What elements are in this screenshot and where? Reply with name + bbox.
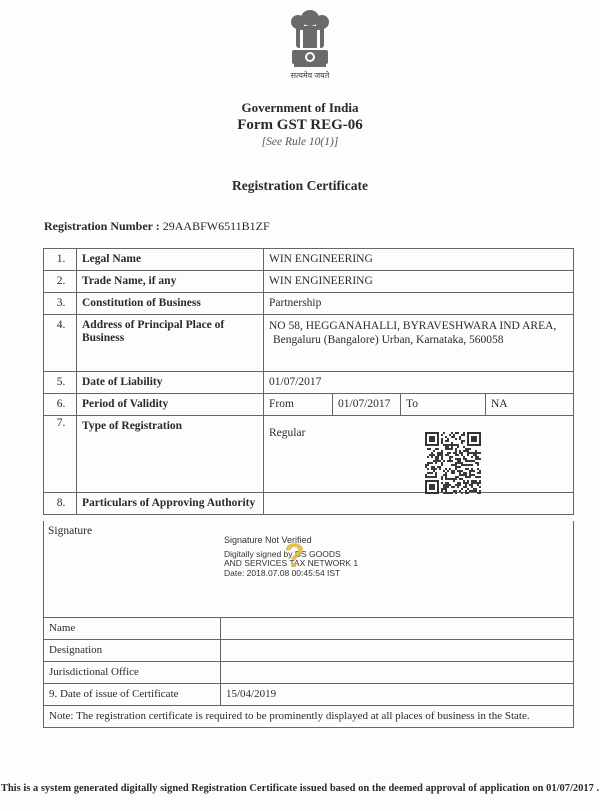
liability-date-value: 01/07/2017 — [264, 372, 574, 394]
row-label: Legal Name — [77, 249, 264, 271]
jurisdictional-office-label: Jurisdictional Office — [44, 662, 221, 684]
validity-from-label: From — [264, 394, 333, 416]
registration-number: Registration Number : 29AABFW6511B1ZF — [44, 219, 270, 234]
legal-name-value: WIN ENGINEERING — [264, 249, 574, 271]
authority-name-value — [221, 618, 574, 640]
row-label: Type of Registration — [77, 416, 264, 493]
address-line-2: Bengaluru (Bangalore) Urban, Karnataka, … — [269, 333, 568, 347]
row-label: Trade Name, if any — [77, 271, 264, 293]
signature-section: Signature Signature Not Verified Digital… — [43, 521, 574, 618]
table-row: 2. Trade Name, if any WIN ENGINEERING — [44, 271, 574, 293]
table-row: Designation — [44, 640, 574, 662]
jurisdictional-office-value — [221, 662, 574, 684]
form-title: Form GST REG-06 — [0, 117, 600, 134]
constitution-value: Partnership — [264, 293, 574, 315]
row-number: 2. — [44, 271, 77, 293]
row-label: Period of Validity — [77, 394, 264, 416]
issue-date-label: 9. Date of issue of Certificate — [44, 684, 221, 706]
row-number: 3. — [44, 293, 77, 315]
rule-reference: [See Rule 10(1)] — [0, 136, 600, 148]
emblem-motto: सत्यमेव जयते — [270, 70, 350, 81]
table-row: 7. Type of Registration Regular — [44, 416, 574, 493]
issuer-heading: Government of India — [0, 100, 600, 116]
authority-name-label: Name — [44, 618, 221, 640]
table-row: 5. Date of Liability 01/07/2017 — [44, 372, 574, 394]
row-number: 5. — [44, 372, 77, 394]
issue-date-value: 15/04/2019 — [221, 684, 574, 706]
row-label: Address of Principal Place of Business — [77, 315, 264, 372]
display-note: Note: The registration certificate is re… — [44, 706, 574, 728]
address-value: NO 58, HEGGANAHALLI, BYRAVESHWARA IND AR… — [264, 315, 574, 372]
registration-number-label: Registration Number : — [44, 219, 160, 233]
row-number: 1. — [44, 249, 77, 271]
question-mark-icon: ? — [284, 537, 305, 576]
qr-code-icon — [425, 432, 481, 494]
signature-label: Signature — [48, 525, 92, 537]
registration-type-value: Regular — [264, 416, 574, 493]
validity-to-value: NA — [486, 394, 574, 416]
row-number: 4. — [44, 315, 77, 372]
table-row: Jurisdictional Office — [44, 662, 574, 684]
table-row: 9. Date of issue of Certificate 15/04/20… — [44, 684, 574, 706]
row-label: Date of Liability — [77, 372, 264, 394]
validity-from-value: 01/07/2017 — [333, 394, 401, 416]
trade-name-value: WIN ENGINEERING — [264, 271, 574, 293]
authority-table: Name Designation Jurisdictional Office 9… — [43, 617, 574, 728]
designation-value — [221, 640, 574, 662]
table-row: 3. Constitution of Business Partnership — [44, 293, 574, 315]
certificate-details-table: 1. Legal Name WIN ENGINEERING 2. Trade N… — [43, 248, 574, 515]
table-row: 8. Particulars of Approving Authority — [44, 493, 574, 515]
table-row: 4. Address of Principal Place of Busines… — [44, 315, 574, 372]
table-row: 6. Period of Validity From 01/07/2017 To… — [44, 394, 574, 416]
footer-statement: This is a system generated digitally sig… — [0, 783, 600, 794]
certificate-title: Registration Certificate — [0, 178, 600, 194]
table-row: 1. Legal Name WIN ENGINEERING — [44, 249, 574, 271]
designation-label: Designation — [44, 640, 221, 662]
row-number: 7. — [44, 416, 77, 493]
row-number: 8. — [44, 493, 77, 515]
validity-to-label: To — [401, 394, 486, 416]
approving-authority-value — [264, 493, 574, 515]
table-row: Name — [44, 618, 574, 640]
table-row: Note: The registration certificate is re… — [44, 706, 574, 728]
row-number: 6. — [44, 394, 77, 416]
address-line-1: NO 58, HEGGANAHALLI, BYRAVESHWARA IND AR… — [269, 319, 568, 333]
row-label: Constitution of Business — [77, 293, 264, 315]
row-label: Particulars of Approving Authority — [77, 493, 264, 515]
registration-number-value: 29AABFW6511B1ZF — [163, 219, 270, 233]
